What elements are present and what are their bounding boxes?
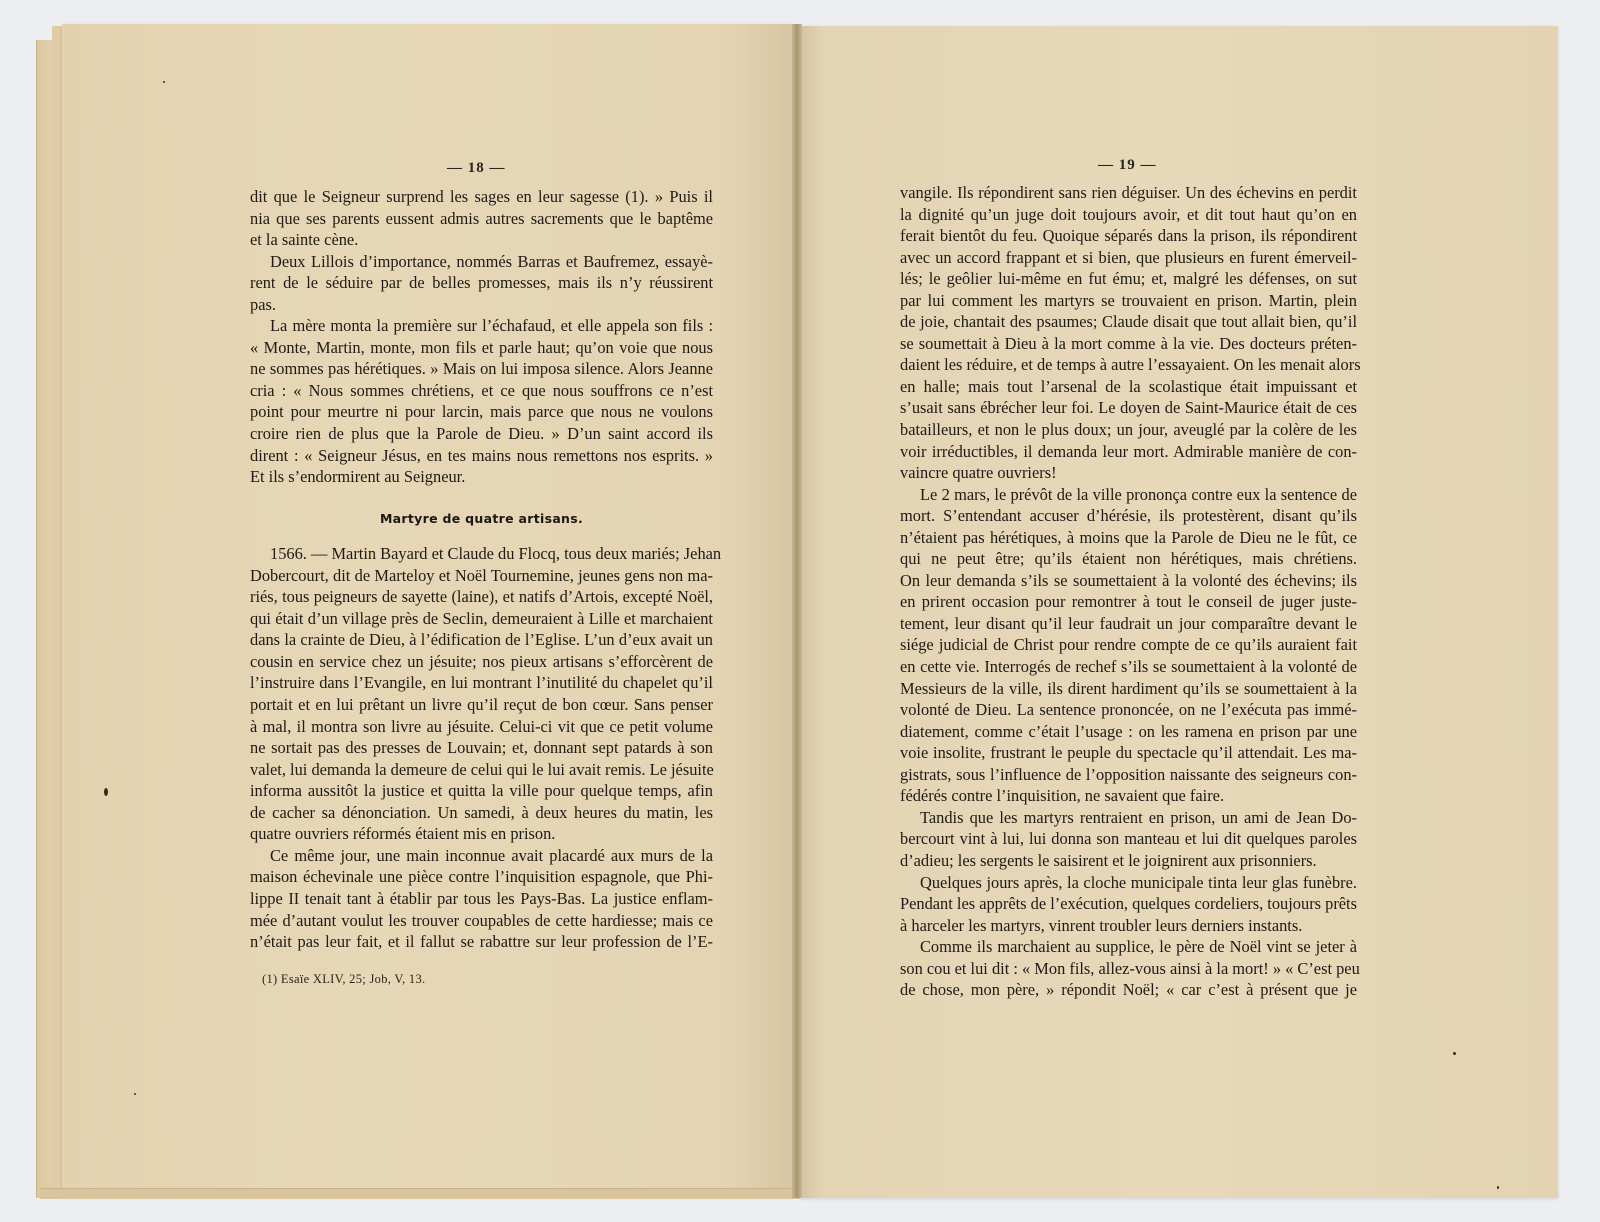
text-line: siége judicial de Christ pour rendre com… (900, 634, 1357, 656)
text-line: par lui comment les martyrs se trouvaien… (900, 290, 1357, 312)
text-line: cousin en service chez un jésuite; nos p… (250, 651, 713, 673)
right-page-text: vangile. Ils répondirent sans rien dégui… (900, 182, 1357, 1001)
paragraph: Tandis que les martyrs rentraient en pri… (900, 807, 1357, 872)
text-line: de chose, mon père, » répondit Noël; « c… (900, 979, 1357, 1001)
text-line: lés; le geôlier lui-même en fut ému; et,… (900, 268, 1357, 290)
text-line: bercourt vint à lui, lui donna son mante… (900, 828, 1357, 850)
paper-speck (1453, 1052, 1456, 1055)
text-line: voir irréductibles, il demanda leur mort… (900, 441, 1357, 463)
text-line: diatement, comme c’était l’usage : on le… (900, 721, 1357, 743)
text-line: ne sortait pas des presses de Louvain; e… (250, 737, 713, 759)
text-line: n’était pas leur fait, et il fallut se r… (250, 931, 713, 953)
paragraph: Deux Lillois d’importance, nommés Barras… (250, 251, 713, 316)
text-line: Comme ils marchaient au supplice, le pèr… (900, 936, 1357, 958)
text-line: d’adieu; les sergents le saisirent et le… (900, 850, 1357, 872)
text-line: quatre ouvriers réformés étaient mis en … (250, 823, 713, 845)
paragraph: Ce même jour, une main inconnue avait pl… (250, 845, 713, 953)
text-line: vangile. Ils répondirent sans rien dégui… (900, 182, 1357, 204)
text-line: son cou et lui dit : « Mon fils, allez-v… (900, 958, 1357, 980)
paragraph: dit que le Seigneur surprend les sages e… (250, 186, 713, 251)
text-line: gistrats, sous l’influence de l’oppositi… (900, 764, 1357, 786)
text-line: On leur demanda s’ils se soumettaient à … (900, 570, 1357, 592)
paper-speck (134, 1093, 136, 1095)
paper-speck (104, 788, 108, 796)
paper-speck (163, 81, 165, 83)
text-line: La mère monta la première sur l’échafaud… (250, 315, 713, 337)
text-line: lippe II tenait tant à établir par tous … (250, 888, 713, 910)
paper-speck (1497, 1186, 1499, 1189)
text-line: la dignité qu’un juge doit toujours avoi… (900, 204, 1357, 226)
text-line: Ce même jour, une main inconnue avait pl… (250, 845, 713, 867)
text-line: de cacher sa dénonciation. Un samedi, à … (250, 802, 713, 824)
text-line: Quelques jours après, la cloche municipa… (900, 872, 1357, 894)
text-line: portait et en lui prêtant un livre qu’il… (250, 694, 713, 716)
text-line: dans la crainte de Dieu, à l’édification… (250, 629, 713, 651)
text-line: s’usait sans ébrécher leur foi. Le doyen… (900, 397, 1357, 419)
text-line: et la sainte cène. (250, 229, 713, 251)
text-line: 1566. — Martin Bayard et Claude du Flocq… (250, 543, 713, 565)
paragraph: Quelques jours après, la cloche municipa… (900, 872, 1357, 937)
paragraph: Le 2 mars, le prévôt de la ville prononç… (900, 484, 1357, 807)
text-line: informa aussitôt la justice et quitta la… (250, 780, 713, 802)
text-line: Deux Lillois d’importance, nommés Barras… (250, 251, 713, 273)
text-line: à harceler les martyrs, vinrent troubler… (900, 915, 1357, 937)
text-line: pas. (250, 294, 713, 316)
paragraph: 1566. — Martin Bayard et Claude du Flocq… (250, 543, 713, 845)
text-line: « Monte, Martin, monte, mon fils et parl… (250, 337, 713, 359)
text-line: Messieurs de la ville, ils dirent hardim… (900, 678, 1357, 700)
text-line: rent de le séduire par de belles promess… (250, 272, 713, 294)
text-line: avec un accord frappant et si bien, que … (900, 247, 1357, 269)
footnote: (1) Esaïe XLIV, 25; Job, V, 13. (262, 972, 425, 987)
text-line: de joie, chantait des psaumes; Claude di… (900, 311, 1357, 333)
text-line: dit que le Seigneur surprend les sages e… (250, 186, 713, 208)
text-line: vaincre quatre ouvriers! (900, 462, 1357, 484)
text-line: Le 2 mars, le prévôt de la ville prononç… (900, 484, 1357, 506)
text-line: n’étaient pas hérétiques, à moins que la… (900, 527, 1357, 549)
text-line: tement, leur disant qu’il leur faudrait … (900, 613, 1357, 635)
text-line: en prirent occasion pour remontrer à tou… (900, 591, 1357, 613)
text-line: se soumettait à Dieu à la mort comme à l… (900, 333, 1357, 355)
text-line: en cette vie. Interrogés de rechef s’ils… (900, 656, 1357, 678)
text-line: mort. S’entendant accuser d’hérésie, ils… (900, 505, 1357, 527)
text-line: Dobercourt, dit de Marteloy et Noël Tour… (250, 565, 713, 587)
text-line: maison échevinale une pièce contre l’inq… (250, 866, 713, 888)
left-page-text: dit que le Seigneur surprend les sages e… (250, 186, 713, 953)
text-line: riés, tous peigneurs de sayette (laine),… (250, 586, 713, 608)
text-line: Pendant les apprêts de l’exécution, quel… (900, 893, 1357, 915)
text-line: Et ils s’endormirent au Seigneur. (250, 466, 713, 488)
text-line: volonté de Dieu. La sentence prononcée, … (900, 699, 1357, 721)
text-line: ferait bientôt du feu. Quoique séparés d… (900, 225, 1357, 247)
text-line: cria : « Nous sommes chrétiens, et ce qu… (250, 380, 713, 402)
text-line: en halle; mais tout l’arsenal de la scol… (900, 376, 1357, 398)
text-line: valet, lui demanda la demeure de celui q… (250, 759, 713, 781)
text-line: mée d’autant voulut les trouver coupable… (250, 910, 713, 932)
text-line: ne sommes pas hérétiques. » Mais on lui … (250, 358, 713, 380)
text-line: croire rien de plus que la Parole de Die… (250, 423, 713, 445)
paragraph: Comme ils marchaient au supplice, le pèr… (900, 936, 1357, 1001)
text-line: voie insolite, frustrant le peuple du sp… (900, 742, 1357, 764)
text-line: l’instruire dans l’Evangile, en lui mont… (250, 672, 713, 694)
text-line: daient les réduire, et de temps à autre … (900, 354, 1357, 376)
paragraph: La mère monta la première sur l’échafaud… (250, 315, 713, 487)
paragraph: vangile. Ils répondirent sans rien dégui… (900, 182, 1357, 484)
text-line: fédérés contre l’inquisition, ne savaien… (900, 785, 1357, 807)
text-line: Tandis que les martyrs rentraient en pri… (900, 807, 1357, 829)
text-line: nia que ses parents eussent admis autres… (250, 208, 713, 230)
page-number-19: — 19 — (1098, 157, 1157, 174)
book-gutter (792, 24, 802, 1198)
left-page-bottom-edge (40, 1188, 800, 1199)
text-line: point pour meurtre ni pour larcin, mais … (250, 401, 713, 423)
text-line: qui était d’un village près de Seclin, d… (250, 608, 713, 630)
text-line: dirent : « Seigneur Jésus, en tes mains … (250, 445, 713, 467)
section-heading: Martyre de quatre artisans. (250, 508, 713, 530)
text-line: à mal, il montra son livre au jésuite. C… (250, 716, 713, 738)
text-line: qui ne peut être; qu’ils étaient non hér… (900, 548, 1357, 570)
page-number-18: — 18 — (447, 160, 506, 177)
text-line: batailleurs, et non le plus doux; un jou… (900, 419, 1357, 441)
